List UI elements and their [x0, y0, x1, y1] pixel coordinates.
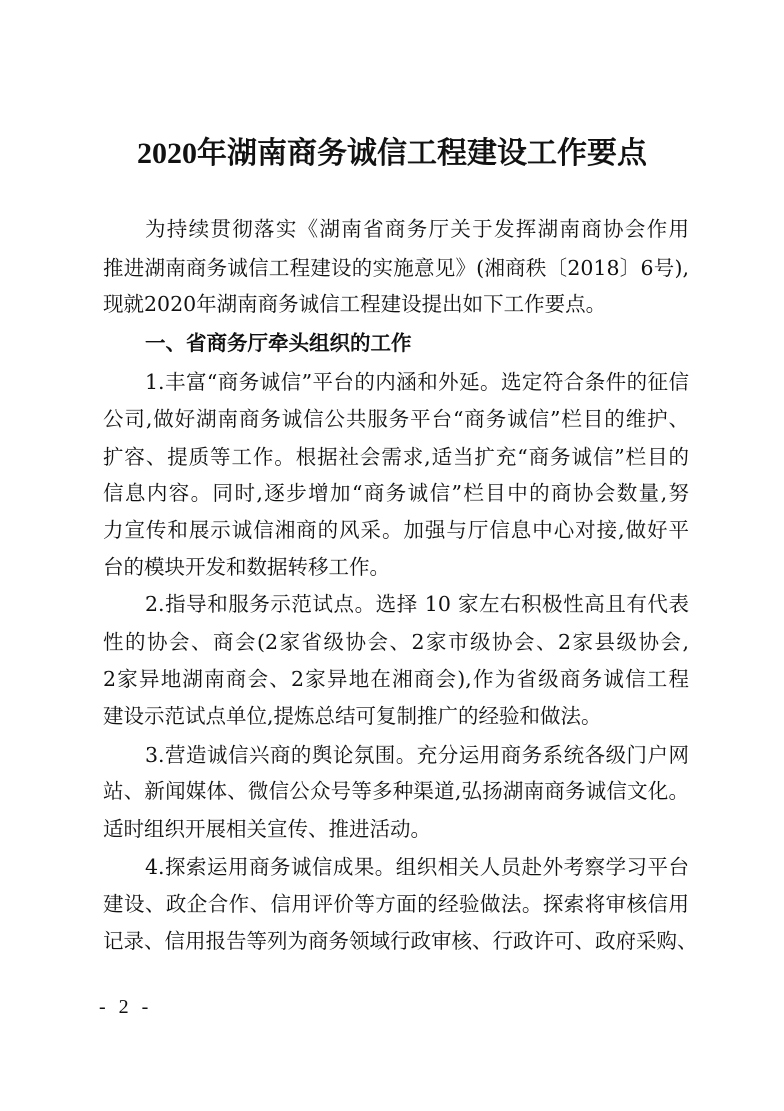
paragraph-line: 3.营造诚信兴商的舆论氛围。充分运用商务系统各级门户网 — [145, 741, 689, 769]
document-page: 2020年湖南商务诚信工程建设工作要点 为持续贯彻落实《湖南省商务厅关于发挥湖南… — [0, 0, 784, 1111]
paragraph-line: 力宣传和展示诚信湘商的风采。加强与厅信息中心对接,做好平 — [103, 516, 689, 544]
paragraph-line: 适时组织开展相关宣传、推进活动。 — [103, 815, 689, 843]
paragraph-line: 信息内容。同时,逐步增加“商务诚信”栏目中的商协会数量,努 — [103, 479, 689, 507]
paragraph-line: 记录、信用报告等列为商务领域行政审核、行政许可、政府采购、 — [103, 927, 689, 955]
paragraph-line: 4.探索运用商务诚信成果。组织相关人员赴外考察学习平台 — [145, 853, 689, 881]
paragraph-line: 推进湖南商务诚信工程建设的实施意见》(湘商秩〔2018〕6号), — [103, 254, 689, 282]
paragraph-line: 站、新闻媒体、微信公众号等多种渠道,弘扬湖南商务诚信文化。 — [103, 777, 689, 805]
paragraph-line: 1.丰富“商务诚信”平台的内涵和外延。选定符合条件的征信 — [145, 368, 689, 396]
paragraph-line: 为持续贯彻落实《湖南省商务厅关于发挥湖南商协会作用 — [145, 215, 689, 243]
paragraph-line: 性的协会、商会(2家省级协会、2家市级协会、2家县级协会, — [103, 628, 689, 656]
paragraph-line: 公司,做好湖南商务诚信公共服务平台“商务诚信”栏目的维护、 — [103, 405, 689, 433]
paragraph-line: 建设示范试点单位,提炼总结可复制推广的经验和做法。 — [103, 702, 689, 730]
section-heading: 一、省商务厅牵头组织的工作 — [145, 329, 689, 357]
page-number: - 2 - — [99, 996, 152, 1019]
paragraph-line: 扩容、提质等工作。根据社会需求,适当扩充“商务诚信”栏目的 — [103, 443, 689, 471]
paragraph-line: 2.指导和服务示范试点。选择 10 家左右积极性高且有代表 — [145, 590, 689, 618]
document-title: 2020年湖南商务诚信工程建设工作要点 — [0, 134, 784, 174]
paragraph-line: 2家异地湖南商会、2家异地在湘商会),作为省级商务诚信工程 — [103, 665, 689, 693]
paragraph-line: 台的模块开发和数据转移工作。 — [103, 553, 689, 581]
paragraph-line: 建设、政企合作、信用评价等方面的经验做法。探索将审核信用 — [103, 890, 689, 918]
paragraph-line: 现就2020年湖南商务诚信工程建设提出如下工作要点。 — [103, 290, 689, 318]
